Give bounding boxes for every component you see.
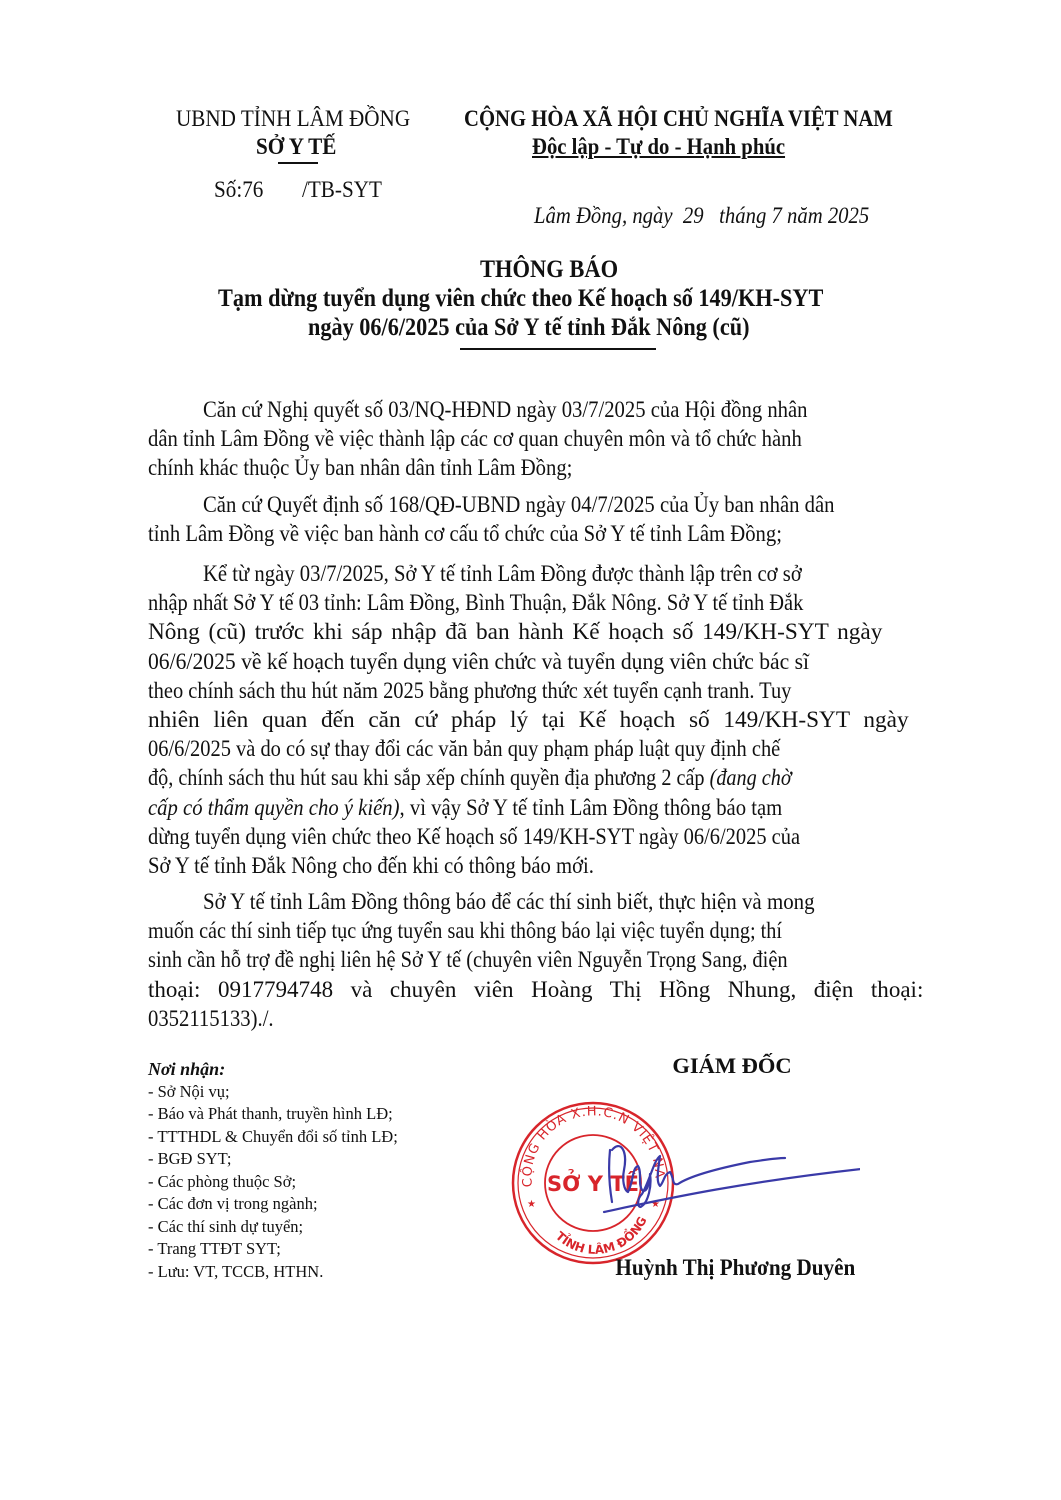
recipients-heading: Nơi nhận: (148, 1058, 398, 1081)
doc-subtitle-1-text: Tạm dừng tuyển dụng viên chức theo Kế ho… (218, 285, 823, 313)
para3-line: dừng tuyển dụng viên chức theo Kế hoạch … (148, 823, 800, 852)
recipient-item: - Lưu: VT, TCCB, HTHN. (148, 1261, 398, 1284)
para3-line: Nông (cũ) trước khi sáp nhập đã ban hành… (148, 618, 882, 647)
motto-text: Độc lập - Tự do - Hạnh phúc (532, 134, 785, 160)
recipient-item: - Các thí sinh dự tuyển; (148, 1216, 398, 1239)
signer-name-text: Huỳnh Thị Phương Duyên (615, 1255, 855, 1281)
agency-parent: UBND TỈNH LÂM ĐỒNG (176, 106, 430, 132)
para3-line-mixed: cấp có thẩm quyền cho ý kiến), vì vậy Sở… (148, 794, 782, 823)
agency-name-text: SỞ Y TẾ (256, 134, 336, 160)
doc-heading: THÔNG BÁO (480, 256, 634, 284)
para1-line: chính khác thuộc Ủy ban nhân dân tỉnh Lâ… (148, 454, 572, 483)
doc-subtitle-2-text: ngày 06/6/2025 của Sở Y tế tỉnh Đắk Nông… (308, 314, 749, 342)
agency-parent-text: UBND TỈNH LÂM ĐỒNG (176, 106, 410, 132)
place-date-text: Lâm Đồng, ngày 29 tháng 7 năm 2025 (534, 203, 869, 229)
para3-line9-text: , vì vậy Sở Y tế tỉnh Lâm Đồng thông báo… (400, 795, 783, 821)
paragraph-2: Căn cứ Quyết định số 168/QĐ-UBND ngày 04… (148, 491, 960, 549)
recipient-item: - BGĐ SYT; (148, 1148, 398, 1171)
recipient-item: - Sở Nội vụ; (148, 1081, 398, 1104)
para4-line: thoại: 0917794748 và chuyên viên Hoàng T… (148, 976, 923, 1005)
para2-line: Căn cứ Quyết định số 168/QĐ-UBND ngày 04… (203, 491, 835, 520)
para4-line: sinh cần hỗ trợ đề nghị liên hệ Sở Y tế … (148, 946, 788, 975)
paragraph-4: Sở Y tế tỉnh Lâm Đồng thông báo để các t… (148, 888, 960, 1034)
recipient-item: - Báo và Phát thanh, truyền hình LĐ; (148, 1103, 398, 1126)
para3-line: Sở Y tế tỉnh Đắk Nông cho đến khi có thô… (148, 852, 594, 881)
para4-line: 0352115133)./. (148, 1005, 274, 1034)
signer-position: GIÁM ĐỐC (600, 1053, 864, 1079)
agency-name: SỞ Y TẾ (256, 134, 343, 160)
doc-heading-text: THÔNG BÁO (480, 256, 618, 284)
signer-name: Huỳnh Thị Phương Duyên (560, 1255, 910, 1281)
paragraph-1: Căn cứ Nghị quyết số 03/NQ-HĐND ngày 03/… (148, 396, 960, 484)
para3-line: 06/6/2025 về kế hoạch tuyển dụng viên ch… (148, 648, 809, 677)
motto: Độc lập - Tự do - Hạnh phúc (532, 134, 813, 160)
recipient-item: - Trang TTĐT SYT; (148, 1238, 398, 1261)
para1-line: dân tỉnh Lâm Đồng về việc thành lập các … (148, 425, 802, 454)
para4-line: muốn các thí sinh tiếp tục ứng tuyển sau… (148, 917, 782, 946)
doc-number: Số:76 (214, 177, 268, 203)
para3-line-mixed: độ, chính sách thu hút sau khi sắp xếp c… (148, 764, 792, 793)
agency-underline (278, 162, 318, 164)
para3-line: nhiên liên quan đến căn cứ pháp lý tại K… (148, 706, 909, 735)
recipient-item: - TTTHDL & Chuyển đổi số tỉnh LĐ; (148, 1126, 398, 1149)
doc-number-suffix-text: /TB-SYT (302, 177, 382, 203)
signer-position-text: GIÁM ĐỐC (672, 1053, 791, 1078)
para3-line9-italic: cấp có thẩm quyền cho ý kiến) (148, 795, 400, 821)
handwritten-signature-icon (580, 1120, 860, 1230)
place-date: Lâm Đồng, ngày 29 tháng 7 năm 2025 (522, 177, 906, 229)
doc-subtitle-2: ngày 06/6/2025 của Sở Y tế tỉnh Đắk Nông… (308, 314, 804, 342)
svg-text:★: ★ (527, 1199, 536, 1210)
para1-line: Căn cứ Nghị quyết số 03/NQ-HĐND ngày 03/… (203, 396, 808, 425)
para3-line8-italic: (đang chờ (710, 765, 792, 791)
para3-line: theo chính sách thu hút năm 2025 bằng ph… (148, 677, 791, 706)
doc-number-label: Số:76 (214, 177, 263, 203)
para3-line: Kể từ ngày 03/7/2025, Sở Y tế tỉnh Lâm Đ… (203, 560, 802, 589)
recipient-item: - Các phòng thuộc Sở; (148, 1171, 398, 1194)
country-name-text: CỘNG HÒA XÃ HỘI CHỦ NGHĨA VIỆT NAM (464, 106, 893, 132)
doc-number-suffix: /TB-SYT (302, 177, 389, 203)
para4-line: Sở Y tế tỉnh Lâm Đồng thông báo để các t… (203, 888, 815, 917)
para3-line8-text: độ, chính sách thu hút sau khi sắp xếp c… (148, 765, 710, 791)
para3-line: 06/6/2025 và do có sự thay đổi các văn b… (148, 735, 780, 764)
recipient-item: - Các đơn vị trong ngành; (148, 1193, 398, 1216)
recipients-block: Nơi nhận: - Sở Nội vụ; - Báo và Phát tha… (148, 1058, 398, 1283)
country-name: CỘNG HÒA XÃ HỘI CHỦ NGHĨA VIỆT NAM (464, 106, 940, 132)
title-underline (460, 348, 656, 350)
para2-line: tỉnh Lâm Đồng về việc ban hành cơ cấu tổ… (148, 520, 782, 549)
para3-line: nhập nhất Sở Y tế 03 tỉnh: Lâm Đồng, Bìn… (148, 589, 803, 618)
doc-subtitle-1: Tạm dừng tuyển dụng viên chức theo Kế ho… (218, 285, 898, 313)
paragraph-3: Kể từ ngày 03/7/2025, Sở Y tế tỉnh Lâm Đ… (148, 560, 960, 881)
